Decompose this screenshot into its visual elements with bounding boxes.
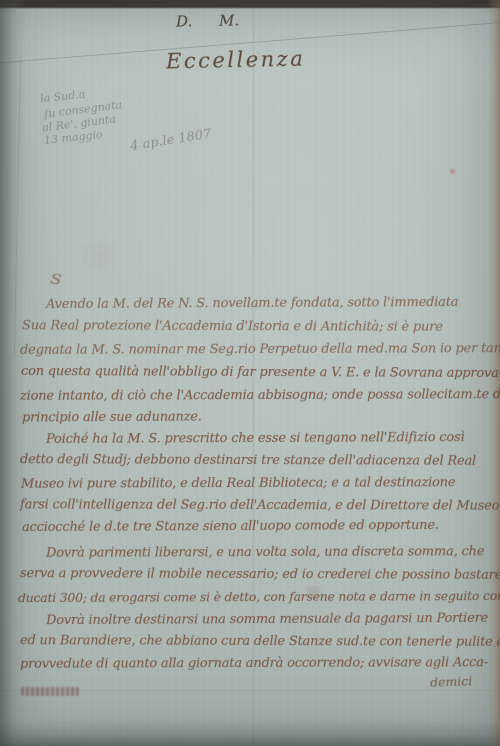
manuscript-line: farsi coll'intelligenza del Seg.rio dell…: [20, 497, 500, 513]
bottom-edge-shadow: [0, 720, 500, 746]
manuscript-line: Dovrà inoltre destinarsi una somma mensu…: [46, 611, 488, 628]
manuscript-line: detto degli Studj; debbono destinarsi tr…: [20, 452, 476, 469]
manuscript-line: Dovrà parimenti liberarsi, e una volta s…: [46, 544, 484, 561]
manuscript-line: principio alle sue adunanze.: [22, 410, 202, 426]
left-crease-line: [14, 55, 21, 355]
manuscript-line: provvedute di quanto alla giornata andrà…: [20, 655, 488, 672]
paper-discoloration: [70, 240, 130, 270]
manuscript-line: Sua Real protezione l'Accademia d'Istori…: [22, 318, 443, 334]
manuscript-line: ed un Barandiere, che abbiano cura delle…: [20, 633, 500, 650]
pencil-date: 4 ap.le 1807: [129, 127, 212, 155]
manuscript-line: con questa qualità nell'obbligo di far p…: [21, 364, 500, 381]
manuscript-line: Museo ivi pure stabilito, e della Real B…: [21, 475, 455, 492]
catchword: demici: [430, 673, 473, 689]
manuscript-page: D. M. Eccellenza la Sud.a fu consegnata …: [0, 0, 500, 746]
manuscript-line: serva a provvedere il mobile necessario;…: [20, 566, 500, 583]
salutation-title: Eccellenza: [166, 47, 306, 74]
manuscript-line: Poiché ha la M. S. prescritto che esse s…: [46, 430, 464, 447]
manuscript-line: degnata la M. S. nominar me Seg.rio Perp…: [20, 341, 500, 358]
archival-stamp: [21, 687, 79, 696]
manuscript-line: ducati 300; da erogarsi come si è detto,…: [18, 588, 500, 605]
header-docket-mark: D. M.: [176, 11, 239, 30]
ink-stain: [448, 168, 457, 175]
manuscript-line: zione intanto, di ciò che l'Accademia ab…: [20, 387, 500, 404]
manuscript-line: Avendo la M. del Re N. S. novellam.te fo…: [46, 295, 458, 312]
manuscript-line: acciocché le d.te tre Stanze sieno all'u…: [22, 518, 439, 535]
